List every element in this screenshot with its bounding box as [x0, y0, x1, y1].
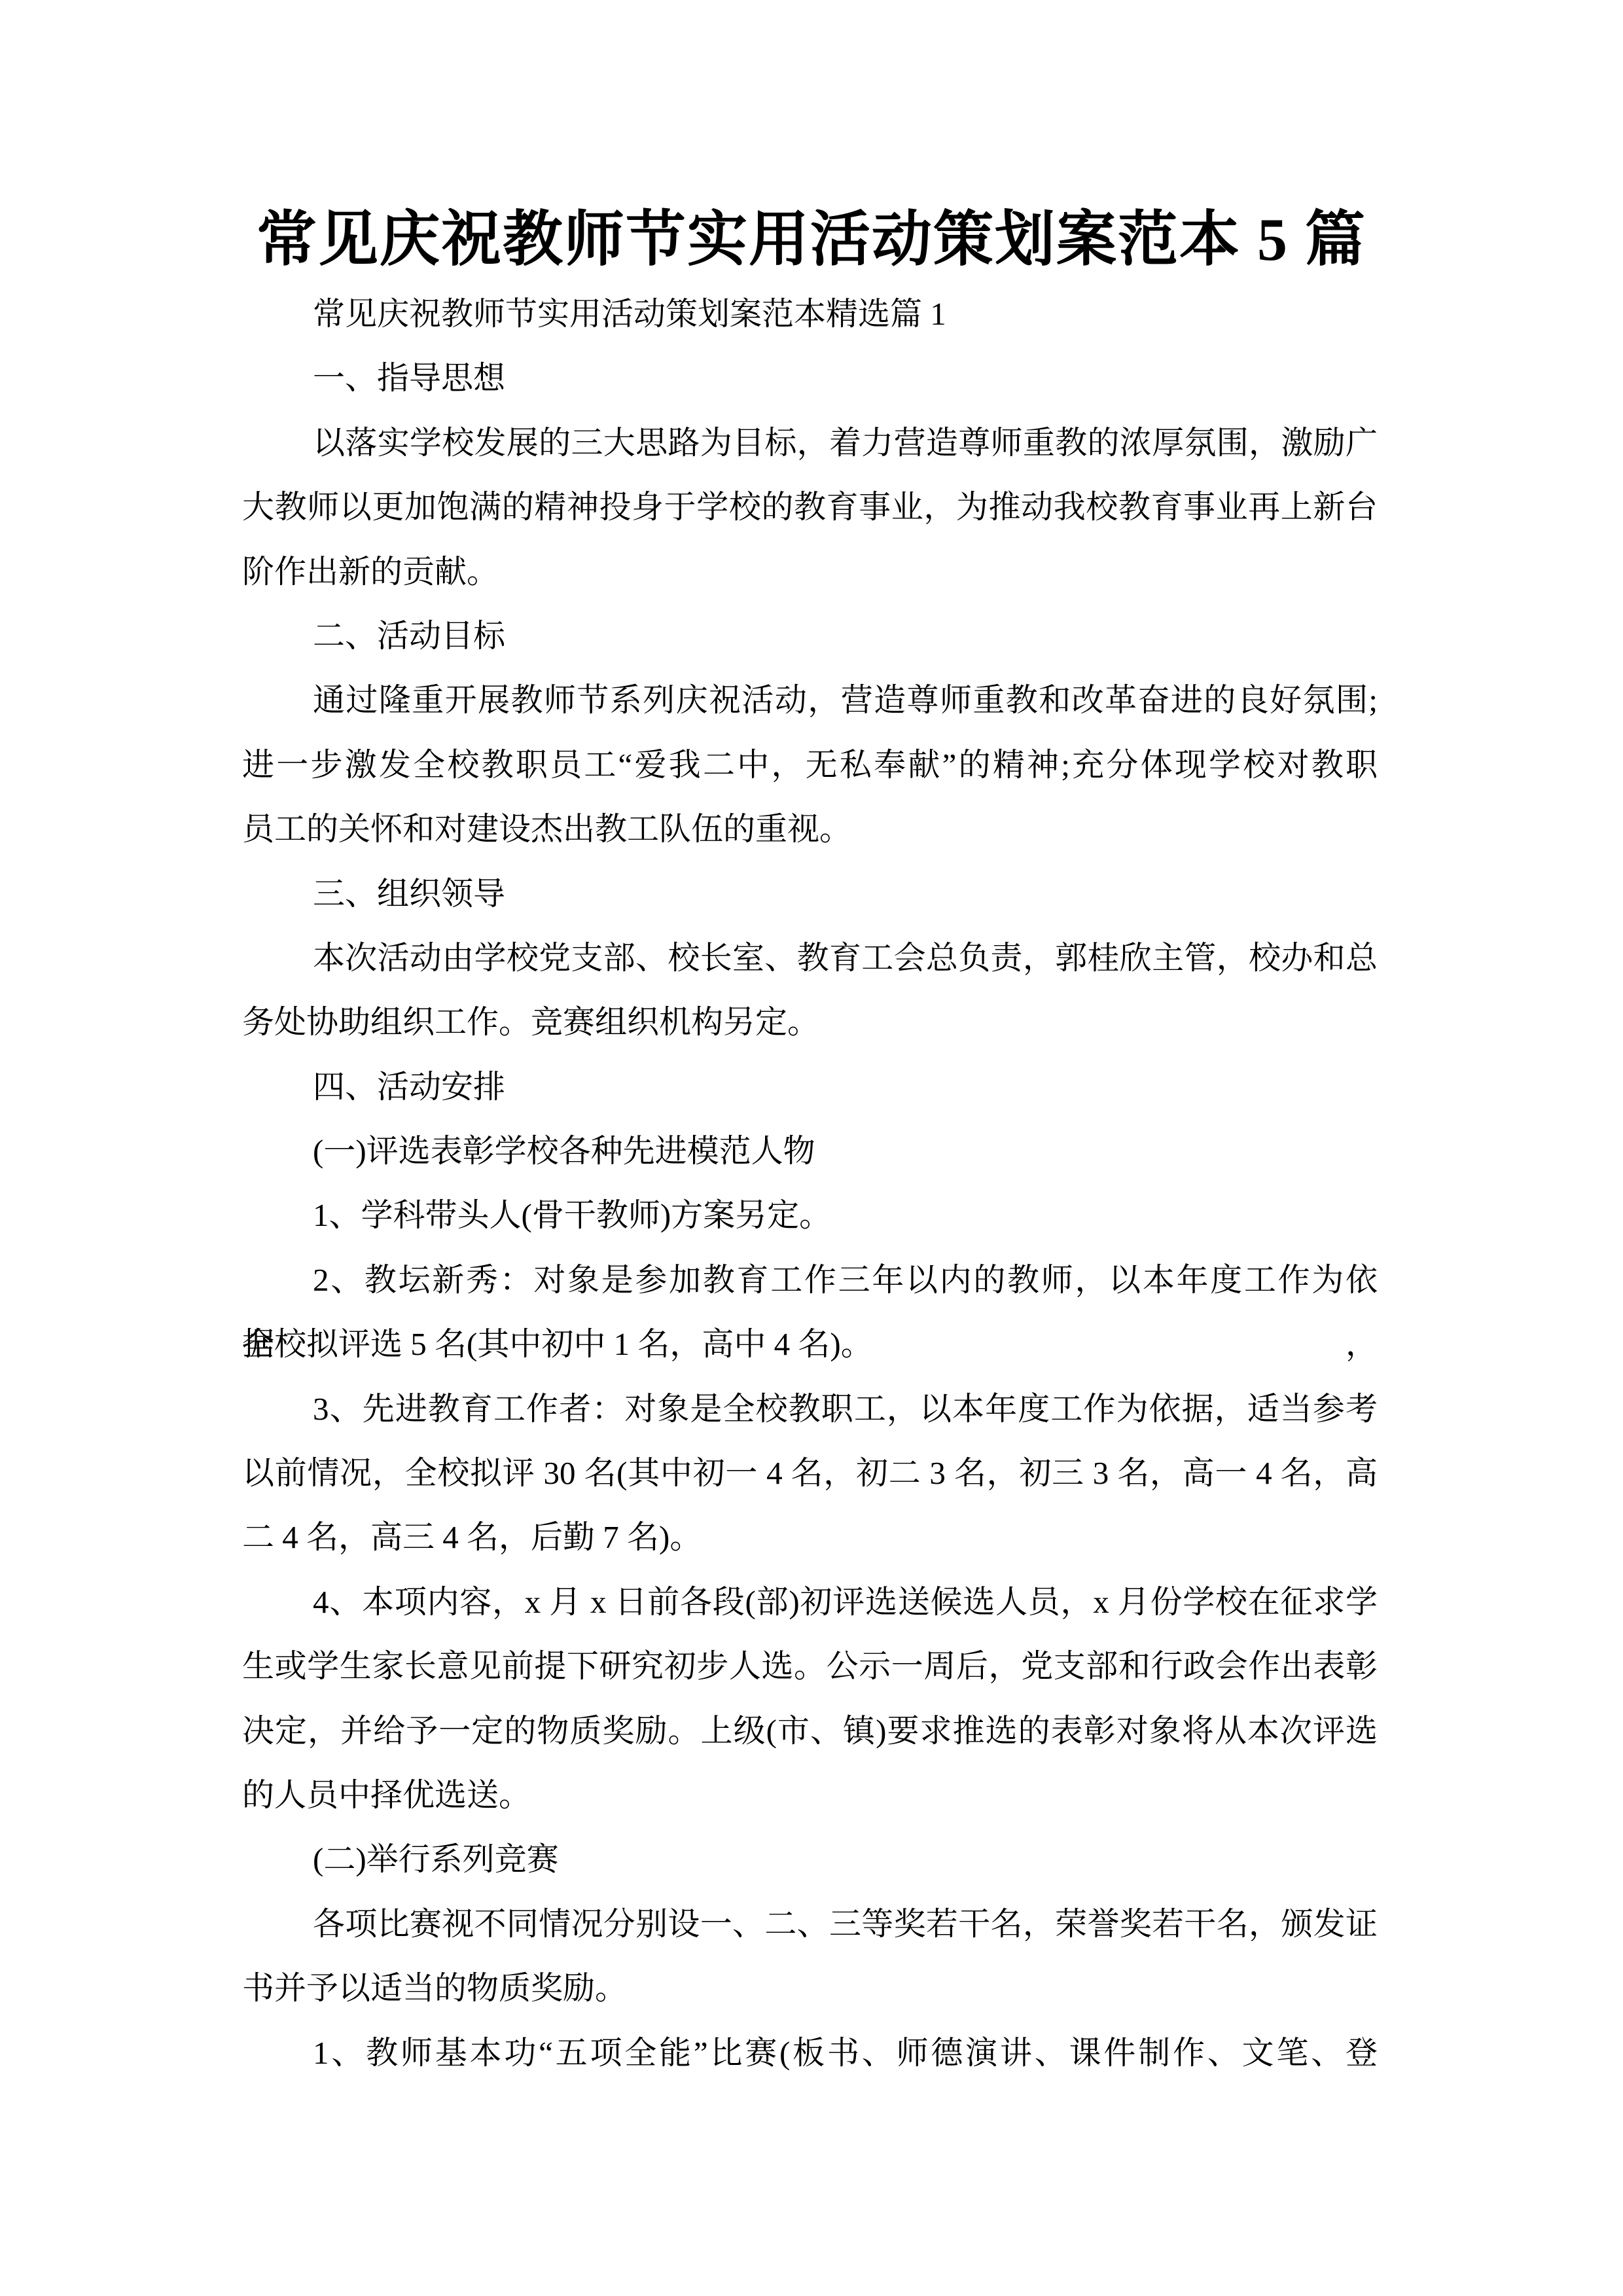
text-line: 本次活动由学校党支部、校长室、教育工会总负责，郭桂欣主管，校办和总 — [242, 926, 1378, 990]
text-line: 二 4 名，高三 4 名，后勤 7 名)。 — [242, 1505, 1378, 1570]
text-line: 各项比赛视不同情况分别设一、二、三等奖若干名，荣誉奖若干名，颁发证 — [242, 1892, 1378, 1956]
text-line: 1、教师基本功“五项全能”比赛(板书、师德演讲、课件制作、文笔、登 — [242, 2021, 1378, 2085]
text-line: (二)举行系列竞赛 — [242, 1827, 1378, 1892]
text-line: 的人员中择优选送。 — [242, 1763, 1378, 1827]
text-line: 二、活动目标 — [242, 604, 1378, 668]
text-line: 书并予以适当的物质奖励。 — [242, 1956, 1378, 2020]
text-line: 务处协助组织工作。竞赛组织机构另定。 — [242, 990, 1378, 1054]
text-line: 3、先进教育工作者：对象是全校教职工，以本年度工作为依据，适当参考 — [242, 1377, 1378, 1441]
text-line: 大教师以更加饱满的精神投身于学校的教育事业，为推动我校教育事业再上新台 — [242, 475, 1378, 539]
document-page: 常见庆祝教师节实用活动策划案范本 5 篇 常见庆祝教师节实用活动策划案范本精选篇… — [0, 0, 1623, 2296]
text-line: 一、指导思想 — [242, 346, 1378, 410]
text-line: 决定，并给予一定的物质奖励。上级(市、镇)要求推选的表彰对象将从本次评选 — [242, 1699, 1378, 1763]
text-line: 常见庆祝教师节实用活动策划案范本精选篇 1 — [242, 282, 1378, 346]
text-line: 员工的关怀和对建设杰出教工队伍的重视。 — [242, 797, 1378, 861]
text-line: 生或学生家长意见前提下研究初步人选。公示一周后，党支部和行政会作出表彰 — [242, 1634, 1378, 1698]
text-line: 2、教坛新秀：对象是参加教育工作三年以内的教师，以本年度工作为依据， — [242, 1248, 1378, 1312]
text-line: 阶作出新的贡献。 — [242, 540, 1378, 604]
text-line: 4、本项内容，x 月 x 日前各段(部)初评选送候选人员，x 月份学校在征求学 — [242, 1570, 1378, 1634]
text-line: 四、活动安排 — [242, 1055, 1378, 1119]
document-body: 常见庆祝教师节实用活动策划案范本精选篇 1一、指导思想以落实学校发展的三大思路为… — [242, 282, 1378, 2085]
text-line: 1、学科带头人(骨干教师)方案另定。 — [242, 1183, 1378, 1247]
text-line: 以前情况，全校拟评 30 名(其中初一 4 名，初二 3 名，初三 3 名，高一… — [242, 1441, 1378, 1505]
text-line: 通过隆重开展教师节系列庆祝活动，营造尊师重教和改革奋进的良好氛围; — [242, 668, 1378, 732]
document-title: 常见庆祝教师节实用活动策划案范本 5 篇 — [0, 207, 1623, 272]
text-line: 以落实学校发展的三大思路为目标，着力营造尊师重教的浓厚氛围，激励广 — [242, 411, 1378, 475]
text-line: 三、组织领导 — [242, 862, 1378, 926]
text-line: (一)评选表彰学校各种先进模范人物 — [242, 1119, 1378, 1183]
text-line: 进一步激发全校教职员工“爱我二中，无私奉献”的精神;充分体现学校对教职 — [242, 733, 1378, 797]
